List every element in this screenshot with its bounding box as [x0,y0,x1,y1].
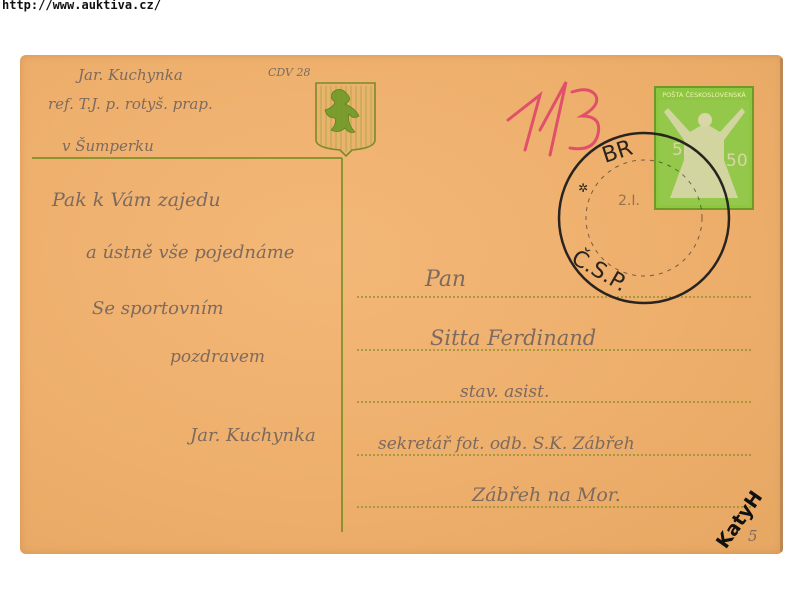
svg-text:✲: ✲ [578,181,588,195]
postmark-stamp: BR Č.S.P. 2.I. ✲ [559,133,729,303]
signature: Jar. Kuchynka [186,425,316,446]
corner-pencil-note: CDV 28 [268,66,310,79]
message-line-3: Se sportovním [92,298,224,319]
stamp-header: POŠTA ČESKOSLOVENSKÁ [662,90,746,99]
stamp-value-right: 50 [726,151,748,171]
red-handwritten-number [508,82,599,155]
postcard-artwork: POŠTA ČESKOSLOVENSKÁ 50 50 BR Č.S.P. 2.I… [0,0,800,589]
sender-line-3: v Šumperku [62,137,154,155]
address-line-1: Pan [424,267,466,292]
postmark-top-text: BR [599,136,636,169]
address-line-5: Zábřeh na Mor. [471,484,621,506]
postage-stamp-icon: POŠTA ČESKOSLOVENSKÁ 50 50 [655,87,753,209]
corner-note: 5 [748,527,758,545]
postmark-date: 2.I. [618,193,640,209]
handwriting: CDV 28 Jar. Kuchynka ref. T.J. p. rotyš.… [48,66,758,545]
coat-of-arms-icon [316,83,375,156]
printed-frame [32,158,342,532]
sender-line-1: Jar. Kuchynka [75,66,183,84]
message-line-4: pozdravem [170,347,265,367]
message-line-1: Pak k Vám zajedu [51,189,221,211]
address-line-4: sekretář fot. odb. S.K. Zábřeh [378,434,635,454]
address-line-2: Sitta Ferdinand [430,326,596,350]
address-line-3: stav. asist. [460,382,549,402]
sender-line-2: ref. T.J. p. rotyš. prap. [48,95,213,113]
message-line-2: a ústně vše pojednáme [86,242,294,263]
